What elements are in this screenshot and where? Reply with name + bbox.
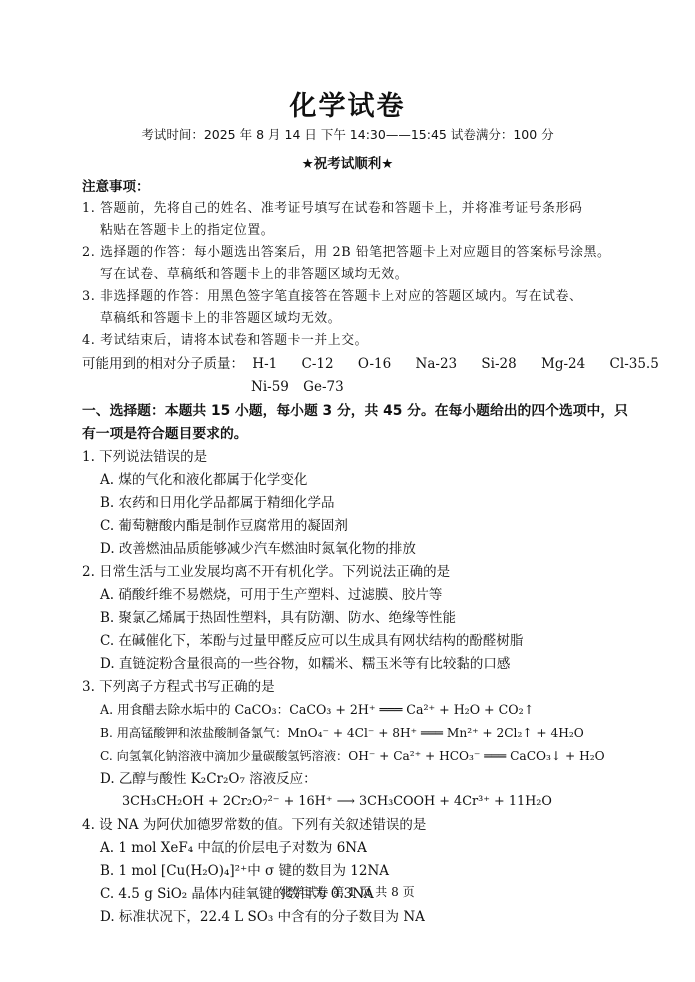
mass-mg: Mg-24 xyxy=(541,355,585,373)
atomic-masses-row1: 可能用到的相对分子质量： H-1 C-12 O-16 Na-23 Si-28 M… xyxy=(82,355,679,373)
notice-item-2-line1: 2. 选择题的作答：每小题选出答案后，用 2B 铅笔把答题卡上对应题目的答案标号… xyxy=(82,244,610,262)
question-1-option-c: C. 葡萄糖酸内酯是制作豆腐常用的凝固剂 xyxy=(100,517,348,535)
question-1-option-a: A. 煤的气化和液化都属于化学变化 xyxy=(100,471,307,489)
mass-ni: Ni-59 xyxy=(251,378,289,396)
atomic-masses-row2: Ni-59 Ge-73 xyxy=(251,378,364,396)
mass-o: O-16 xyxy=(358,355,391,373)
question-1-option-b: B. 农药和日用化学品都属于精细化学品 xyxy=(100,494,335,512)
question-2-option-c: C. 在碱催化下，苯酚与过量甲醛反应可以生成具有网状结构的酚醛树脂 xyxy=(100,632,523,650)
section-heading-line2: 有一项是符合题目要求的。 xyxy=(82,425,248,443)
question-3-option-c: C. 向氢氧化钠溶液中滴加少量碳酸氢钙溶液：OH⁻ + Ca²⁺ + HCO₃⁻… xyxy=(100,747,605,765)
notice-item-3-line2: 草稿纸和答题卡上的非答题区域均无效。 xyxy=(100,310,341,328)
question-3-option-a: A. 用食醋去除水垢中的 CaCO₃：CaCO₃ + 2H⁺ ═══ Ca²⁺ … xyxy=(100,701,534,719)
question-1-option-d: D. 改善燃油品质能够减少汽车燃油时氮氧化物的排放 xyxy=(100,540,416,558)
question-3-option-d-equation: 3CH₃CH₂OH + 2Cr₂O₇²⁻ + 16H⁺ ⟶ 3CH₃COOH +… xyxy=(122,793,552,811)
atomic-masses-label: 可能用到的相对分子质量： xyxy=(82,355,244,373)
mass-ge: Ge-73 xyxy=(303,378,344,396)
question-3-stem: 3. 下列离子方程式书写正确的是 xyxy=(82,678,275,696)
exam-time-info: 考试时间：2025 年 8 月 14 日 下午 14:30——15:45 试卷满… xyxy=(0,125,695,143)
mass-h: H-1 xyxy=(252,355,277,373)
question-2-option-b: B. 聚氯乙烯属于热固性塑料，具有防潮、防水、绝缘等性能 xyxy=(100,609,456,627)
page-title: 化学试卷 xyxy=(0,84,695,123)
notice-item-1-line1: 1. 答题前，先将自己的姓名、准考证号填写在试卷和答题卡上，并将准考证号条形码 xyxy=(82,200,582,218)
page-footer: 化学试卷 第 1 页 共 8 页 xyxy=(0,883,695,900)
blessing-line: ★祝考试顺利★ xyxy=(0,152,695,172)
question-4-option-b: B. 1 mol [Cu(H₂O)₄]²⁺中 σ 键的数目为 12NA xyxy=(100,862,389,880)
question-4-stem: 4. 设 NA 为阿伏加德罗常数的值。下列有关叙述错误的是 xyxy=(82,816,426,834)
mass-c: C-12 xyxy=(302,355,334,373)
question-2-option-d: D. 直链淀粉含量很高的一些谷物，如糯米、糯玉米等有比较黏的口感 xyxy=(100,655,510,673)
question-2-stem: 2. 日常生活与工业发展均离不开有机化学。下列说法正确的是 xyxy=(82,563,450,581)
question-4-option-d: D. 标准状况下，22.4 L SO₃ 中含有的分子数目为 NA xyxy=(100,908,425,926)
notice-item-4: 4. 考试结束后，请将本试卷和答题卡一并上交。 xyxy=(82,332,368,350)
question-4-option-a: A. 1 mol XeF₄ 中氙的价层电子对数为 6NA xyxy=(100,839,367,857)
section-heading-line1: 一、选择题：本题共 15 小题，每小题 3 分，共 45 分。在每小题给出的四个… xyxy=(82,402,628,420)
mass-si: Si-28 xyxy=(481,355,516,373)
question-3-option-b: B. 用高锰酸钾和浓盐酸制备氯气：MnO₄⁻ + 4Cl⁻ + 8H⁺ ═══ … xyxy=(100,724,584,742)
exam-page: 化学试卷 考试时间：2025 年 8 月 14 日 下午 14:30——15:4… xyxy=(0,0,695,982)
mass-na: Na-23 xyxy=(416,355,458,373)
notice-item-3-line1: 3. 非选择题的作答：用黑色签字笔直接答在答题卡上对应的答题区域内。写在试卷、 xyxy=(82,288,582,306)
notice-item-2-line2: 写在试卷、草稿纸和答题卡上的非答题区域均无效。 xyxy=(100,266,408,284)
mass-cl: Cl-35.5 xyxy=(610,355,659,373)
notice-item-1-line2: 粘贴在答题卡上的指定位置。 xyxy=(100,222,274,240)
notice-heading: 注意事项： xyxy=(82,178,150,196)
question-3-option-d: D. 乙醇与酸性 K₂Cr₂O₇ 溶液反应： xyxy=(100,770,317,788)
question-1-stem: 1. 下列说法错误的是 xyxy=(82,448,207,466)
question-2-option-a: A. 硝酸纤维不易燃烧，可用于生产塑料、过滤膜、胶片等 xyxy=(100,586,442,604)
